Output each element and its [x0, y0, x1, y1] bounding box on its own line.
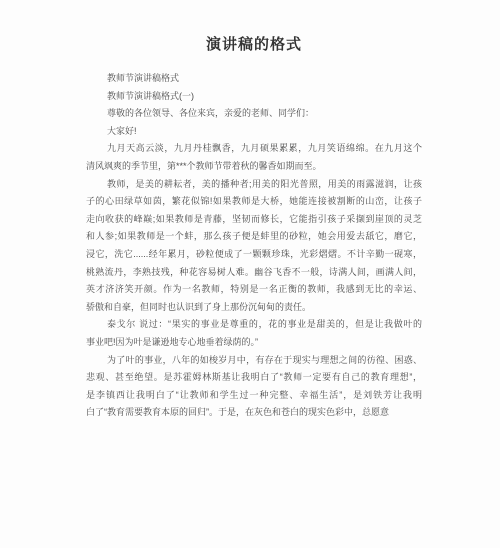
text-line: 清风飒爽的季节里，第***个教师节带着秋的馨香如期而至。	[86, 158, 422, 176]
text-line: 教师，是美的耕耘者，美的播种者;用美的阳光普照，用美的雨露滋润，让孩	[86, 176, 422, 194]
text-line: 泰戈尔 说过：“果实的事业是尊重的，花的事业是甜美的，但是让我做叶的	[86, 316, 422, 334]
text-line: 浸它，洗它......经年累月，砂粒便成了一颗颗珍珠，光彩熠熠。不计辛勤一砚寒，	[86, 246, 422, 264]
text-line: 教师节演讲稿格式(一)	[86, 88, 422, 106]
text-line: 为了叶的事业，八年的如梭岁月中，有存在于现实与理想之间的彷徨、困惑、	[86, 352, 422, 370]
text-line: 白了“教育需要教育本原的回归”。于是，在灰色和苍白的现实色彩中，总愿意	[86, 404, 422, 422]
page-title: 演讲稿的格式	[86, 33, 422, 54]
text-line: 尊敬的各位领导、各位来宾，亲爱的老师、同学们：	[86, 105, 422, 123]
text-line: 和人参;如果教师是一个蚌，那么孩子便是蚌里的砂粒，她会用爱去舐它，磨它，	[86, 228, 422, 246]
document-body: 教师节演讲稿格式教师节演讲稿格式(一)尊敬的各位领导、各位来宾，亲爱的老师、同学…	[86, 70, 422, 422]
document-page: 演讲稿的格式 教师节演讲稿格式教师节演讲稿格式(一)尊敬的各位领导、各位来宾，亲…	[0, 0, 500, 548]
text-line: 大家好!	[86, 123, 422, 141]
text-line: 英才济济笑开颜。作为一名教师，特别是一名正衡的教师，我感到无比的幸运、	[86, 281, 422, 299]
text-line: 教师节演讲稿格式	[86, 70, 422, 88]
text-line: 桃熟流丹，李熟技残，种花容易树人难。幽谷飞香不一般，诗满人间，画满人间，	[86, 264, 422, 282]
text-line: 骄傲和自豪，但同时也认识到了身上那份沉甸甸的责任。	[86, 299, 422, 317]
text-line: 子的心田绿草如茵，繁花似锦!如果教师是大桥，她能连接被割断的山峦，让孩子	[86, 193, 422, 211]
text-line: 是李镇西让我明白了“让教师和学生过一种完整、幸福生活”，是刘铁芳让我明	[86, 387, 422, 405]
text-line: 走向收获的峰巅;如果教师是青藤，坚韧而修长，它能指引孩子采撷到崖顶的灵芝	[86, 211, 422, 229]
text-line: 事业吧!因为叶是谦逊地专心地垂着绿荫的。”	[86, 334, 422, 352]
text-line: 悲观、甚至绝望。是苏霍姆林斯基让我明白了“教师一定要有自己的教育理想”，	[86, 369, 422, 387]
text-line: 九月天高云淡，九月丹桂飘香，九月硕果累累，九月笑语绵绵。在九月这个	[86, 140, 422, 158]
